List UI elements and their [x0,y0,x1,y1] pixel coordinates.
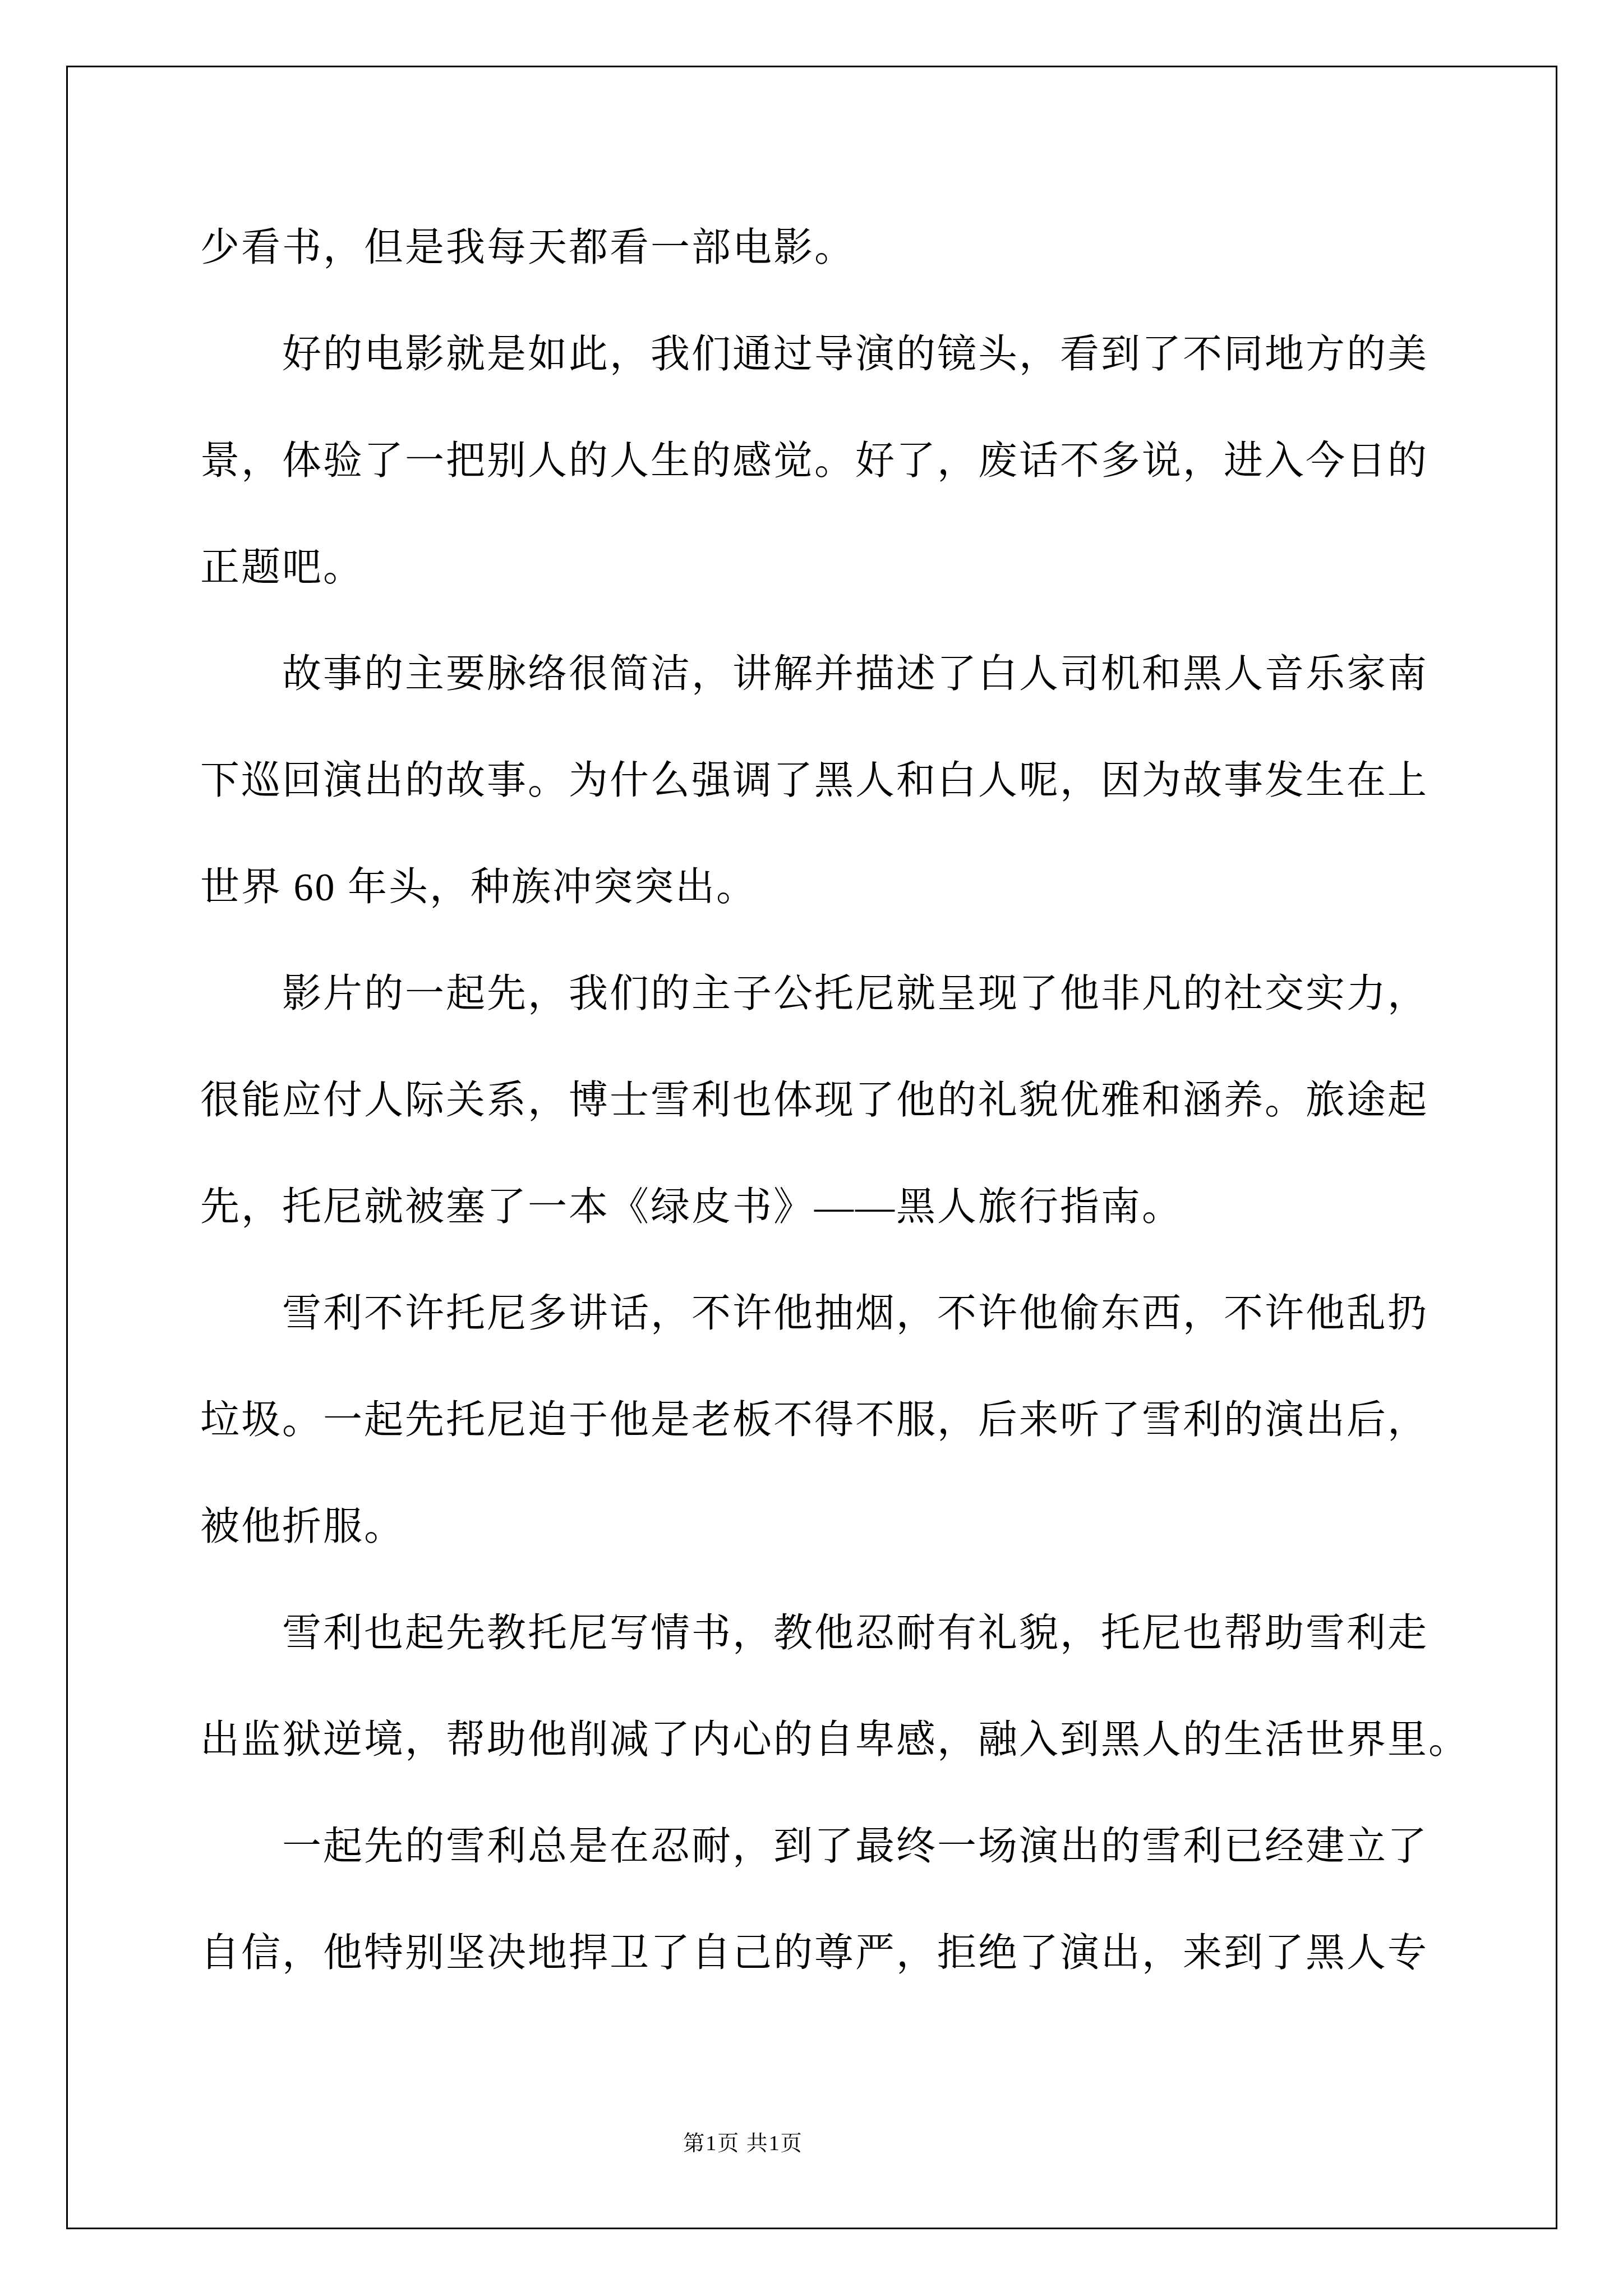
text-line: 很能应付人际关系，博士雪利也体现了他的礼貌优雅和涵养。旅途起 [200,1048,1468,1154]
text-line: 被他折服。 [200,1474,1468,1581]
text-line: 下巡回演出的故事。为什么强调了黑人和白人呢，因为故事发生在上 [200,728,1468,835]
text-line: 好的电影就是如此，我们通过导演的镜头，看到了不同地方的美 [200,302,1468,408]
text-line: 先，托尼就被塞了一本《绿皮书》——黑人旅行指南。 [200,1154,1468,1261]
text-line: 出监狱逆境，帮助他削减了内心的自卑感，融入到黑人的生活世界里。 [200,1687,1468,1794]
text-line: 雪利也起先教托尼写情书，教他忍耐有礼貌，托尼也帮助雪利走 [200,1581,1468,1687]
text-line: 故事的主要脉络很简洁，讲解并描述了白人司机和黑人音乐家南 [200,622,1468,728]
document-body: 少看书，但是我每天都看一部电影。好的电影就是如此，我们通过导演的镜头，看到了不同… [200,195,1468,2007]
text-line: 少看书，但是我每天都看一部电影。 [200,195,1468,302]
text-line: 影片的一起先，我们的主子公托尼就呈现了他非凡的社交实力， [200,941,1468,1048]
text-line: 一起先的雪利总是在忍耐，到了最终一场演出的雪利已经建立了 [200,1794,1468,1901]
text-line: 自信，他特别坚决地捍卫了自己的尊严，拒绝了演出，来到了黑人专 [200,1901,1468,2007]
document-page: 少看书，但是我每天都看一部电影。好的电影就是如此，我们通过导演的镜头，看到了不同… [0,0,1623,2296]
page-footer: 第1页 共1页 [683,2131,803,2156]
text-line: 雪利不许托尼多讲话，不许他抽烟，不许他偷东西，不许他乱扔 [200,1261,1468,1368]
text-line: 景，体验了一把别人的人生的感觉。好了，废话不多说，进入今日的 [200,408,1468,515]
text-line: 正题吧。 [200,515,1468,622]
text-line: 世界 60 年头，种族冲突突出。 [200,835,1468,941]
text-line: 垃圾。一起先托尼迫于他是老板不得不服，后来听了雪利的演出后， [200,1368,1468,1474]
